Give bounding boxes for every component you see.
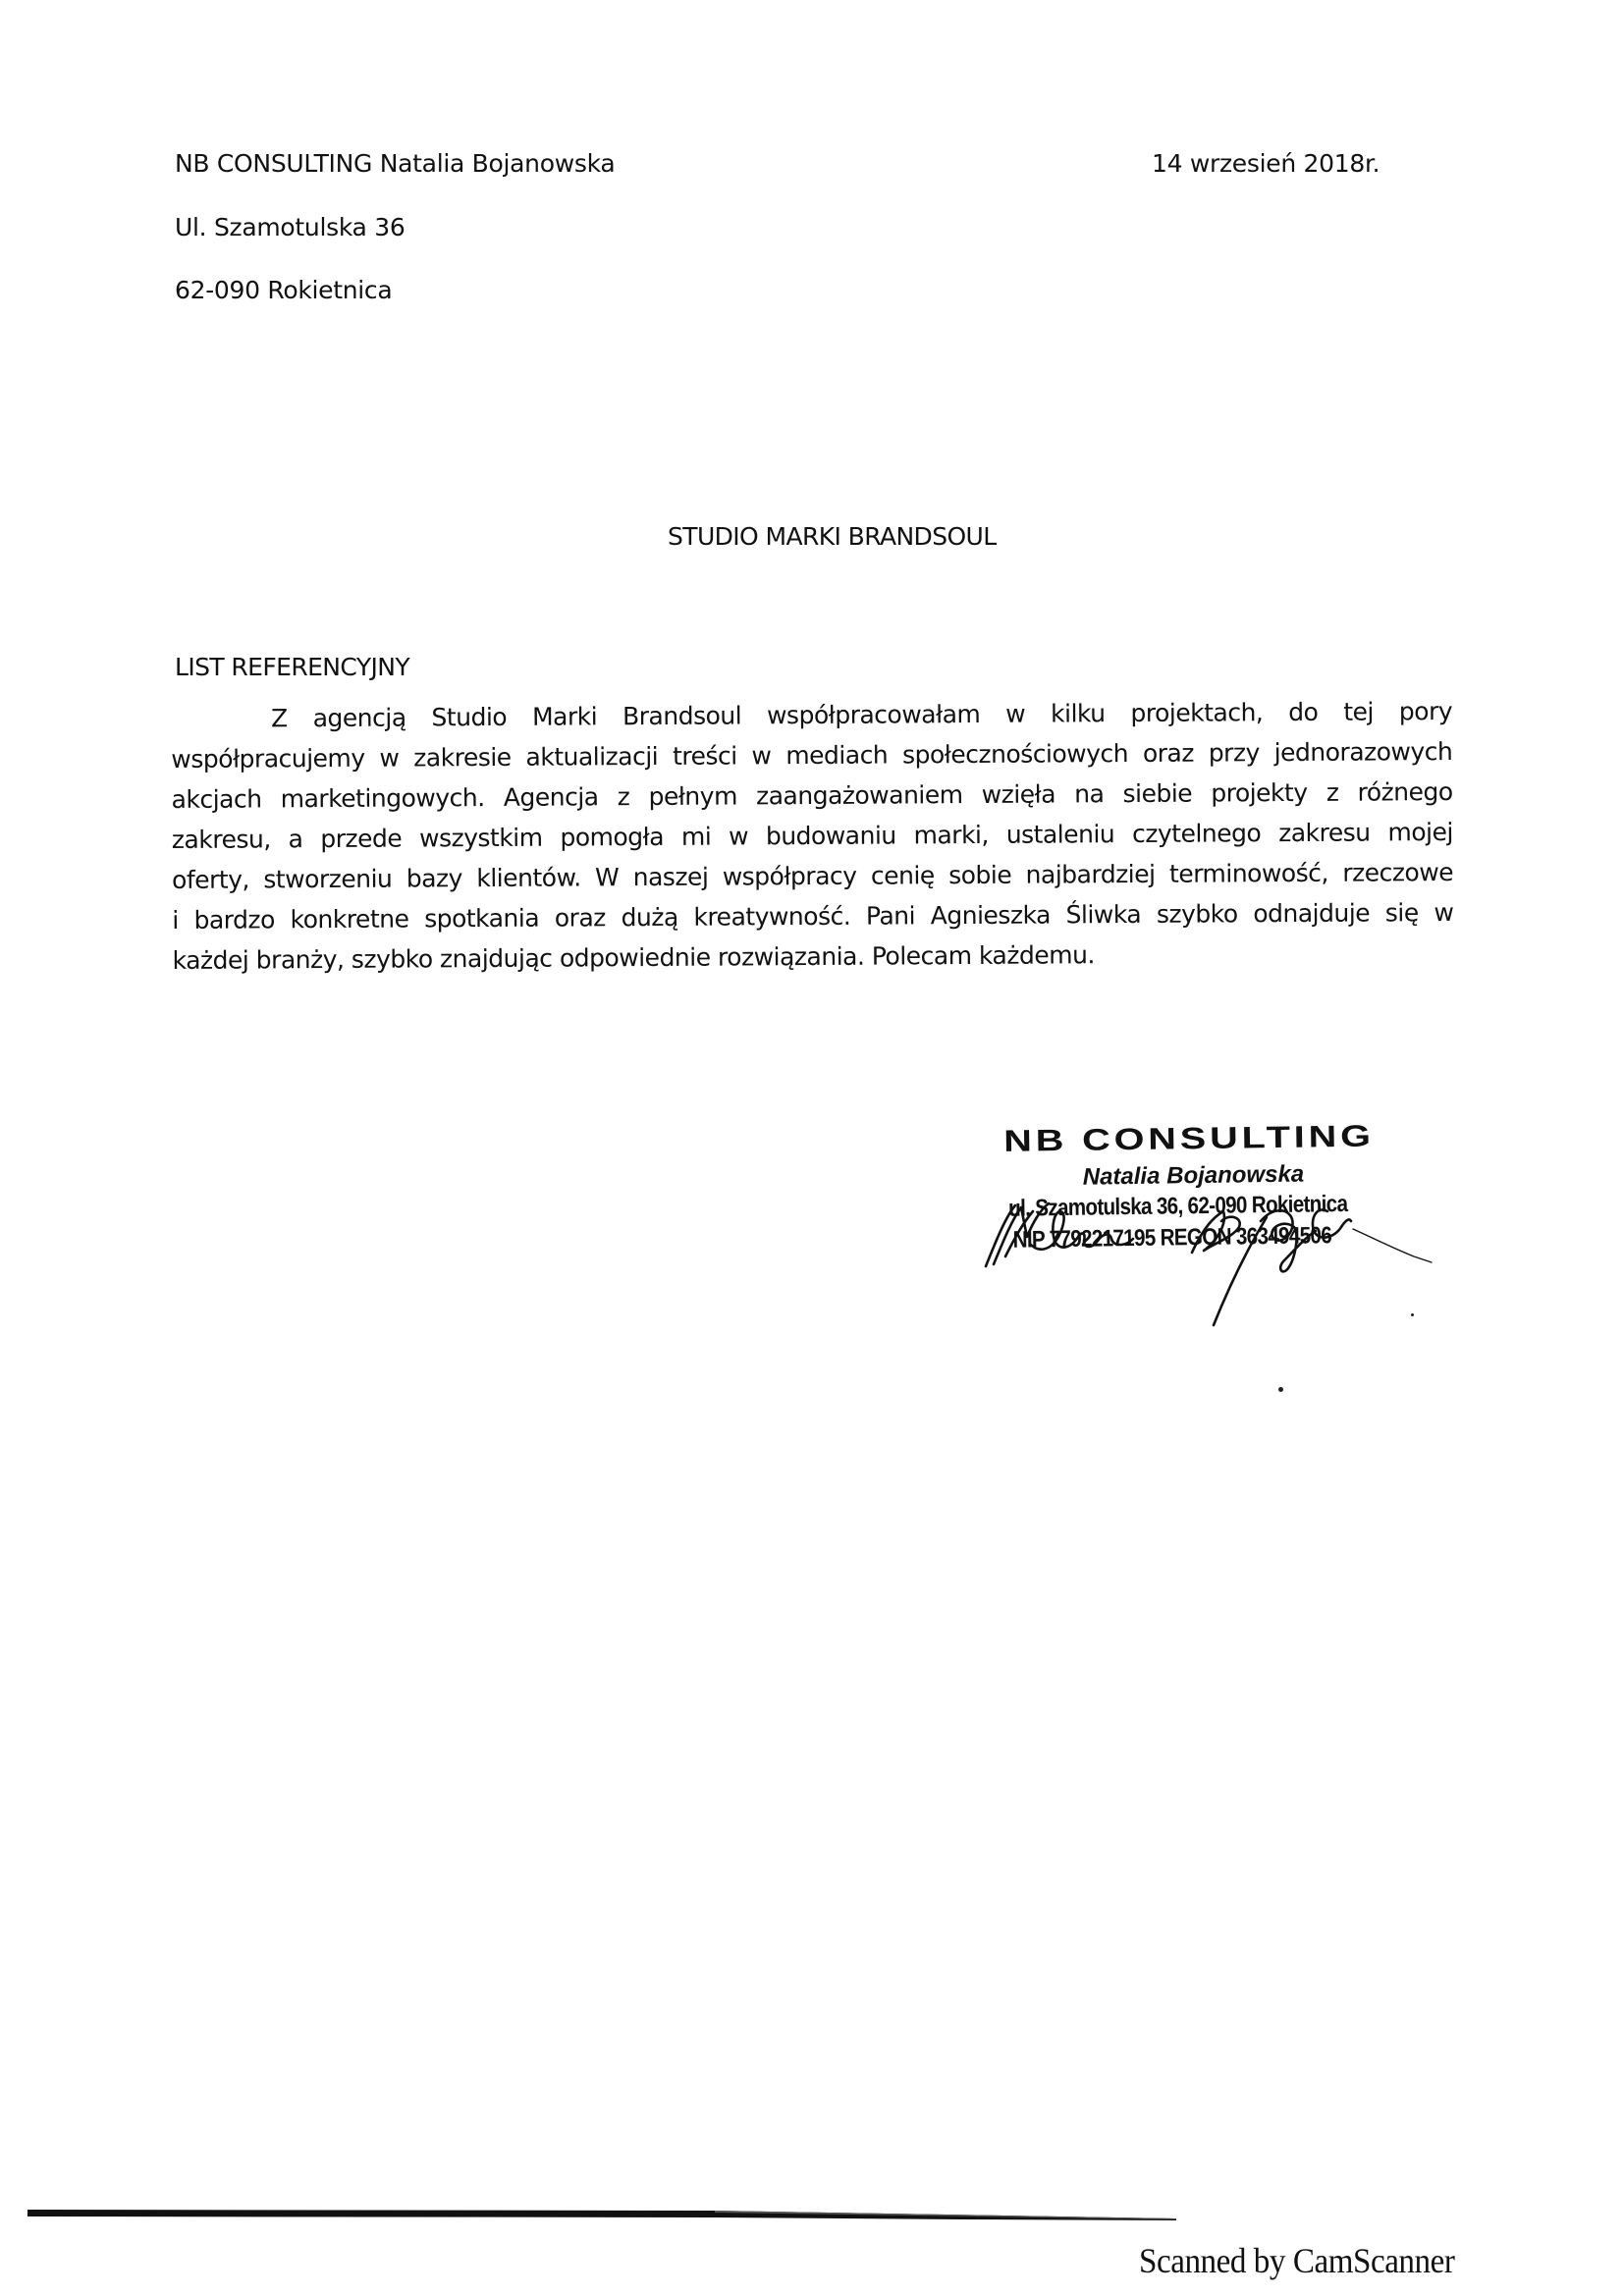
sender-street: Ul. Szamotulska 36 (175, 213, 405, 242)
scan-speck (1278, 1387, 1283, 1392)
handwritten-signature (982, 1198, 1453, 1394)
letter-date: 14 wrzesień 2018r. (1152, 149, 1380, 179)
body-line: każdej branży, szybko znajdując odpowied… (173, 933, 1454, 981)
document-title: LIST REFERENCYJNY (175, 653, 409, 682)
camscanner-watermark: Scanned by CamScanner (1139, 2240, 1454, 2281)
stamp-name: Natalia Bojanowska (1083, 1161, 1305, 1192)
scan-edge-shadow (27, 2207, 1176, 2220)
recipient-name: STUDIO MARKI BRANDSOUL (668, 522, 997, 552)
sender-city: 62-090 Rokietnica (175, 276, 392, 305)
scan-speck (1411, 1313, 1414, 1316)
body-line: i bardzo konkretne spotkania oraz dużą k… (172, 892, 1453, 940)
sender-company-name: NB CONSULTING Natalia Bojanowska (175, 149, 615, 179)
stamp-company: NB CONSULTING (1003, 1119, 1375, 1159)
letter-body: Z agencją Studio Marki Brandsoul współpr… (171, 691, 1454, 981)
